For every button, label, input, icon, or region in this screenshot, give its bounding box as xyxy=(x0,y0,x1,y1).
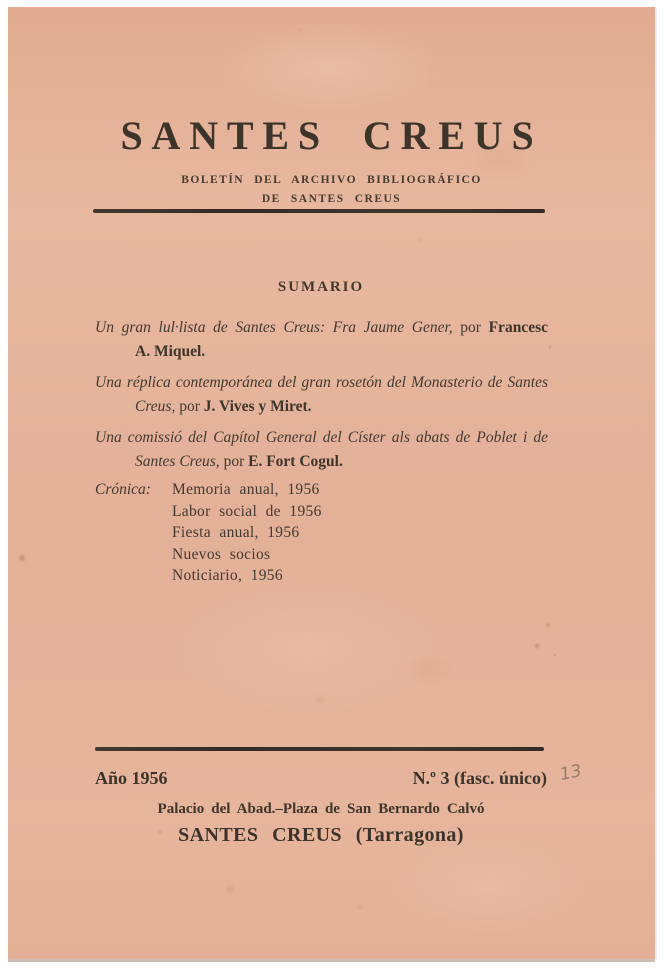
pencil-annotation: 13 xyxy=(558,761,583,785)
entry-por-text: por xyxy=(453,319,489,336)
entry-por-text: por xyxy=(175,398,203,415)
entry-title-text: Una comissió del Capítol General del Cís… xyxy=(95,429,548,446)
bulletin-cover-page: SANTES CREUS BOLETÍN DEL ARCHIVO BIBLIOG… xyxy=(8,7,655,959)
issue-row: Año 1956 N.º 3 (fasc. único) xyxy=(95,766,547,790)
cronica-item: Nuevos socios xyxy=(172,544,322,566)
toc-entry-line: Una comissió del Capítol General del Cís… xyxy=(95,426,548,450)
cronica-label: Crónica: xyxy=(95,479,151,501)
entry-title-text: Santes Creus, xyxy=(135,453,220,470)
toc-entry-line: Una réplica contemporánea del gran roset… xyxy=(95,371,548,395)
footer-divider-rule xyxy=(95,747,544,751)
cronica-item: Noticiario, 1956 xyxy=(172,565,322,587)
toc-entry-line: Santes Creus, por E. Fort Cogul. xyxy=(95,450,548,474)
entry-title-text: Una réplica contemporánea del gran roset… xyxy=(95,374,548,391)
cronica-item-list: Memoria anual, 1956 Labor social de 1956… xyxy=(172,479,322,587)
entry-por-text: por xyxy=(220,453,248,470)
cronica-item: Labor social de 1956 xyxy=(172,501,322,523)
toc-entry-line: Un gran lul·lista de Santes Creus: Fra J… xyxy=(95,316,548,340)
toc-entry-line: Creus, por J. Vives y Miret. xyxy=(95,395,548,419)
entry-author-text: E. Fort Cogul. xyxy=(248,453,343,470)
entry-author-text: J. Vives y Miret. xyxy=(204,398,312,415)
publisher-city: SANTES CREUS (Tarragona) xyxy=(95,822,547,849)
toc-entry-line: A. Miquel. xyxy=(95,340,548,364)
toc-entry: Una comissió del Capítol General del Cís… xyxy=(95,426,548,474)
toc-entry: Una réplica contemporánea del gran roset… xyxy=(95,371,548,419)
entry-title-text: Creus, xyxy=(135,398,175,415)
year-label: Año 1956 xyxy=(95,768,168,788)
publisher-address: Palacio del Abad.–Plaza de San Bernardo … xyxy=(95,799,547,819)
cronica-item: Fiesta anual, 1956 xyxy=(172,522,322,544)
entry-author-text: A. Miquel. xyxy=(135,343,205,360)
cronica-item: Memoria anual, 1956 xyxy=(172,479,322,501)
entry-author-text: Francesc xyxy=(489,319,548,336)
scan-background: SANTES CREUS BOLETÍN DEL ARCHIVO BIBLIOG… xyxy=(0,0,664,972)
entry-title-text: Un gran lul·lista de Santes Creus: Fra J… xyxy=(95,319,453,336)
issue-number-label: N.º 3 (fasc. único) xyxy=(413,766,547,790)
toc-entry: Un gran lul·lista de Santes Creus: Fra J… xyxy=(95,316,548,364)
